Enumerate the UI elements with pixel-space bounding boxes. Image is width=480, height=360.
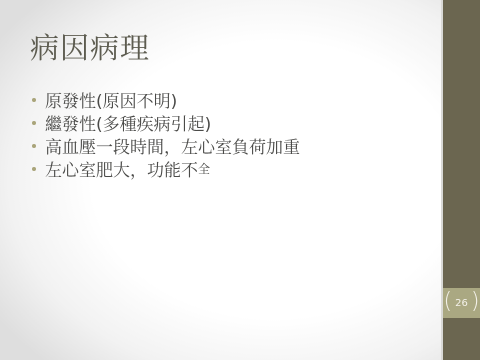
page-number-box: ( 26 ) [443, 288, 480, 318]
bullet-item: 高血壓一段時間，左心室負荷加重 [32, 134, 300, 157]
bullet-text: 繼發性(多種疾病引起) [45, 110, 211, 135]
page-number: 26 [455, 298, 468, 309]
bullet-text: 左心室肥大，功能不 [45, 156, 198, 181]
bullet-text: 高血壓一段時間，左心室負荷加重 [45, 133, 300, 158]
bullet-text: 原發性(原因不明) [45, 87, 177, 112]
bullet-dot-icon [32, 144, 36, 148]
bullet-dot-icon [32, 98, 36, 102]
slide-title: 病因病理 [30, 26, 150, 67]
slide-canvas: 病因病理 原發性(原因不明) 繼發性(多種疾病引起) 高血壓一段時間，左心室負荷… [0, 0, 443, 360]
right-bracket-icon: ) [471, 291, 480, 313]
bullet-item: 繼發性(多種疾病引起) [32, 111, 300, 134]
bullet-text-suffix: 全 [198, 160, 210, 177]
bullet-item: 原發性(原因不明) [32, 88, 300, 111]
left-bracket-icon: ( [444, 291, 453, 313]
bullet-dot-icon [32, 121, 36, 125]
bullet-item: 左心室肥大，功能不全 [32, 157, 300, 180]
bullet-dot-icon [32, 167, 36, 171]
bullet-list: 原發性(原因不明) 繼發性(多種疾病引起) 高血壓一段時間，左心室負荷加重 左心… [32, 88, 300, 180]
